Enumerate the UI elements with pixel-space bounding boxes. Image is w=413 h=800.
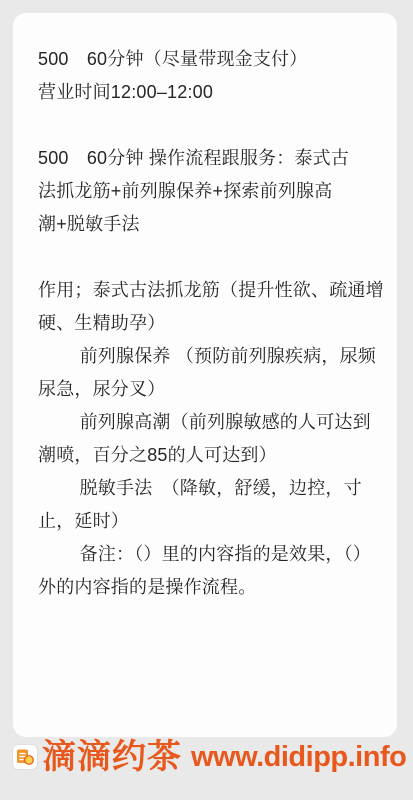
text-line: 前列腺高潮（前列腺敏感的人可达到: [38, 406, 387, 439]
text-line: 前列腺保养 （预防前列腺疾病，尿频: [38, 340, 387, 373]
effects-paragraph: 作用；泰式古法抓龙筋（提升性欲、疏通增 硬、生精助孕） 前列腺保养 （预防前列腺…: [38, 274, 387, 604]
receipt-coin-icon: [13, 745, 37, 769]
watermark-url: www.didipp.info: [191, 743, 406, 772]
text-line: 法抓龙筋+前列腺保养+探索前列腺高: [38, 175, 387, 208]
text-line: 止，延时）: [38, 505, 387, 538]
pricing-paragraph: 500 60分钟（尽量带现金支付） 营业时间12:00–12:00: [38, 43, 387, 109]
text-line: 500 60分钟（尽量带现金支付）: [38, 43, 387, 76]
text-line: 备注：（）里的内容指的是效果，（）: [38, 538, 387, 571]
text-line: 尿急，尿分叉）: [38, 373, 387, 406]
text-line: 硬、生精助孕）: [38, 307, 387, 340]
text-line: 脱敏手法 （降敏，舒缓，边控，寸: [38, 472, 387, 505]
text-line: 作用；泰式古法抓龙筋（提升性欲、疏通增: [38, 274, 387, 307]
text-line: 营业时间12:00–12:00: [38, 76, 387, 109]
text-line: 潮喷，百分之85的人可达到）: [38, 439, 387, 472]
watermark-bar: 滴滴约茶 www.didipp.info: [13, 740, 406, 774]
service-flow-paragraph: 500 60分钟 操作流程跟服务：泰式古 法抓龙筋+前列腺保养+探索前列腺高 潮…: [38, 142, 387, 241]
message-card: 500 60分钟（尽量带现金支付） 营业时间12:00–12:00 500 60…: [13, 13, 397, 737]
text-line: 潮+脱敏手法: [38, 208, 387, 241]
watermark-site-name: 滴滴约茶: [42, 740, 182, 774]
text-line: 500 60分钟 操作流程跟服务：泰式古: [38, 142, 387, 175]
text-line: 外的内容指的是操作流程。: [38, 571, 387, 604]
